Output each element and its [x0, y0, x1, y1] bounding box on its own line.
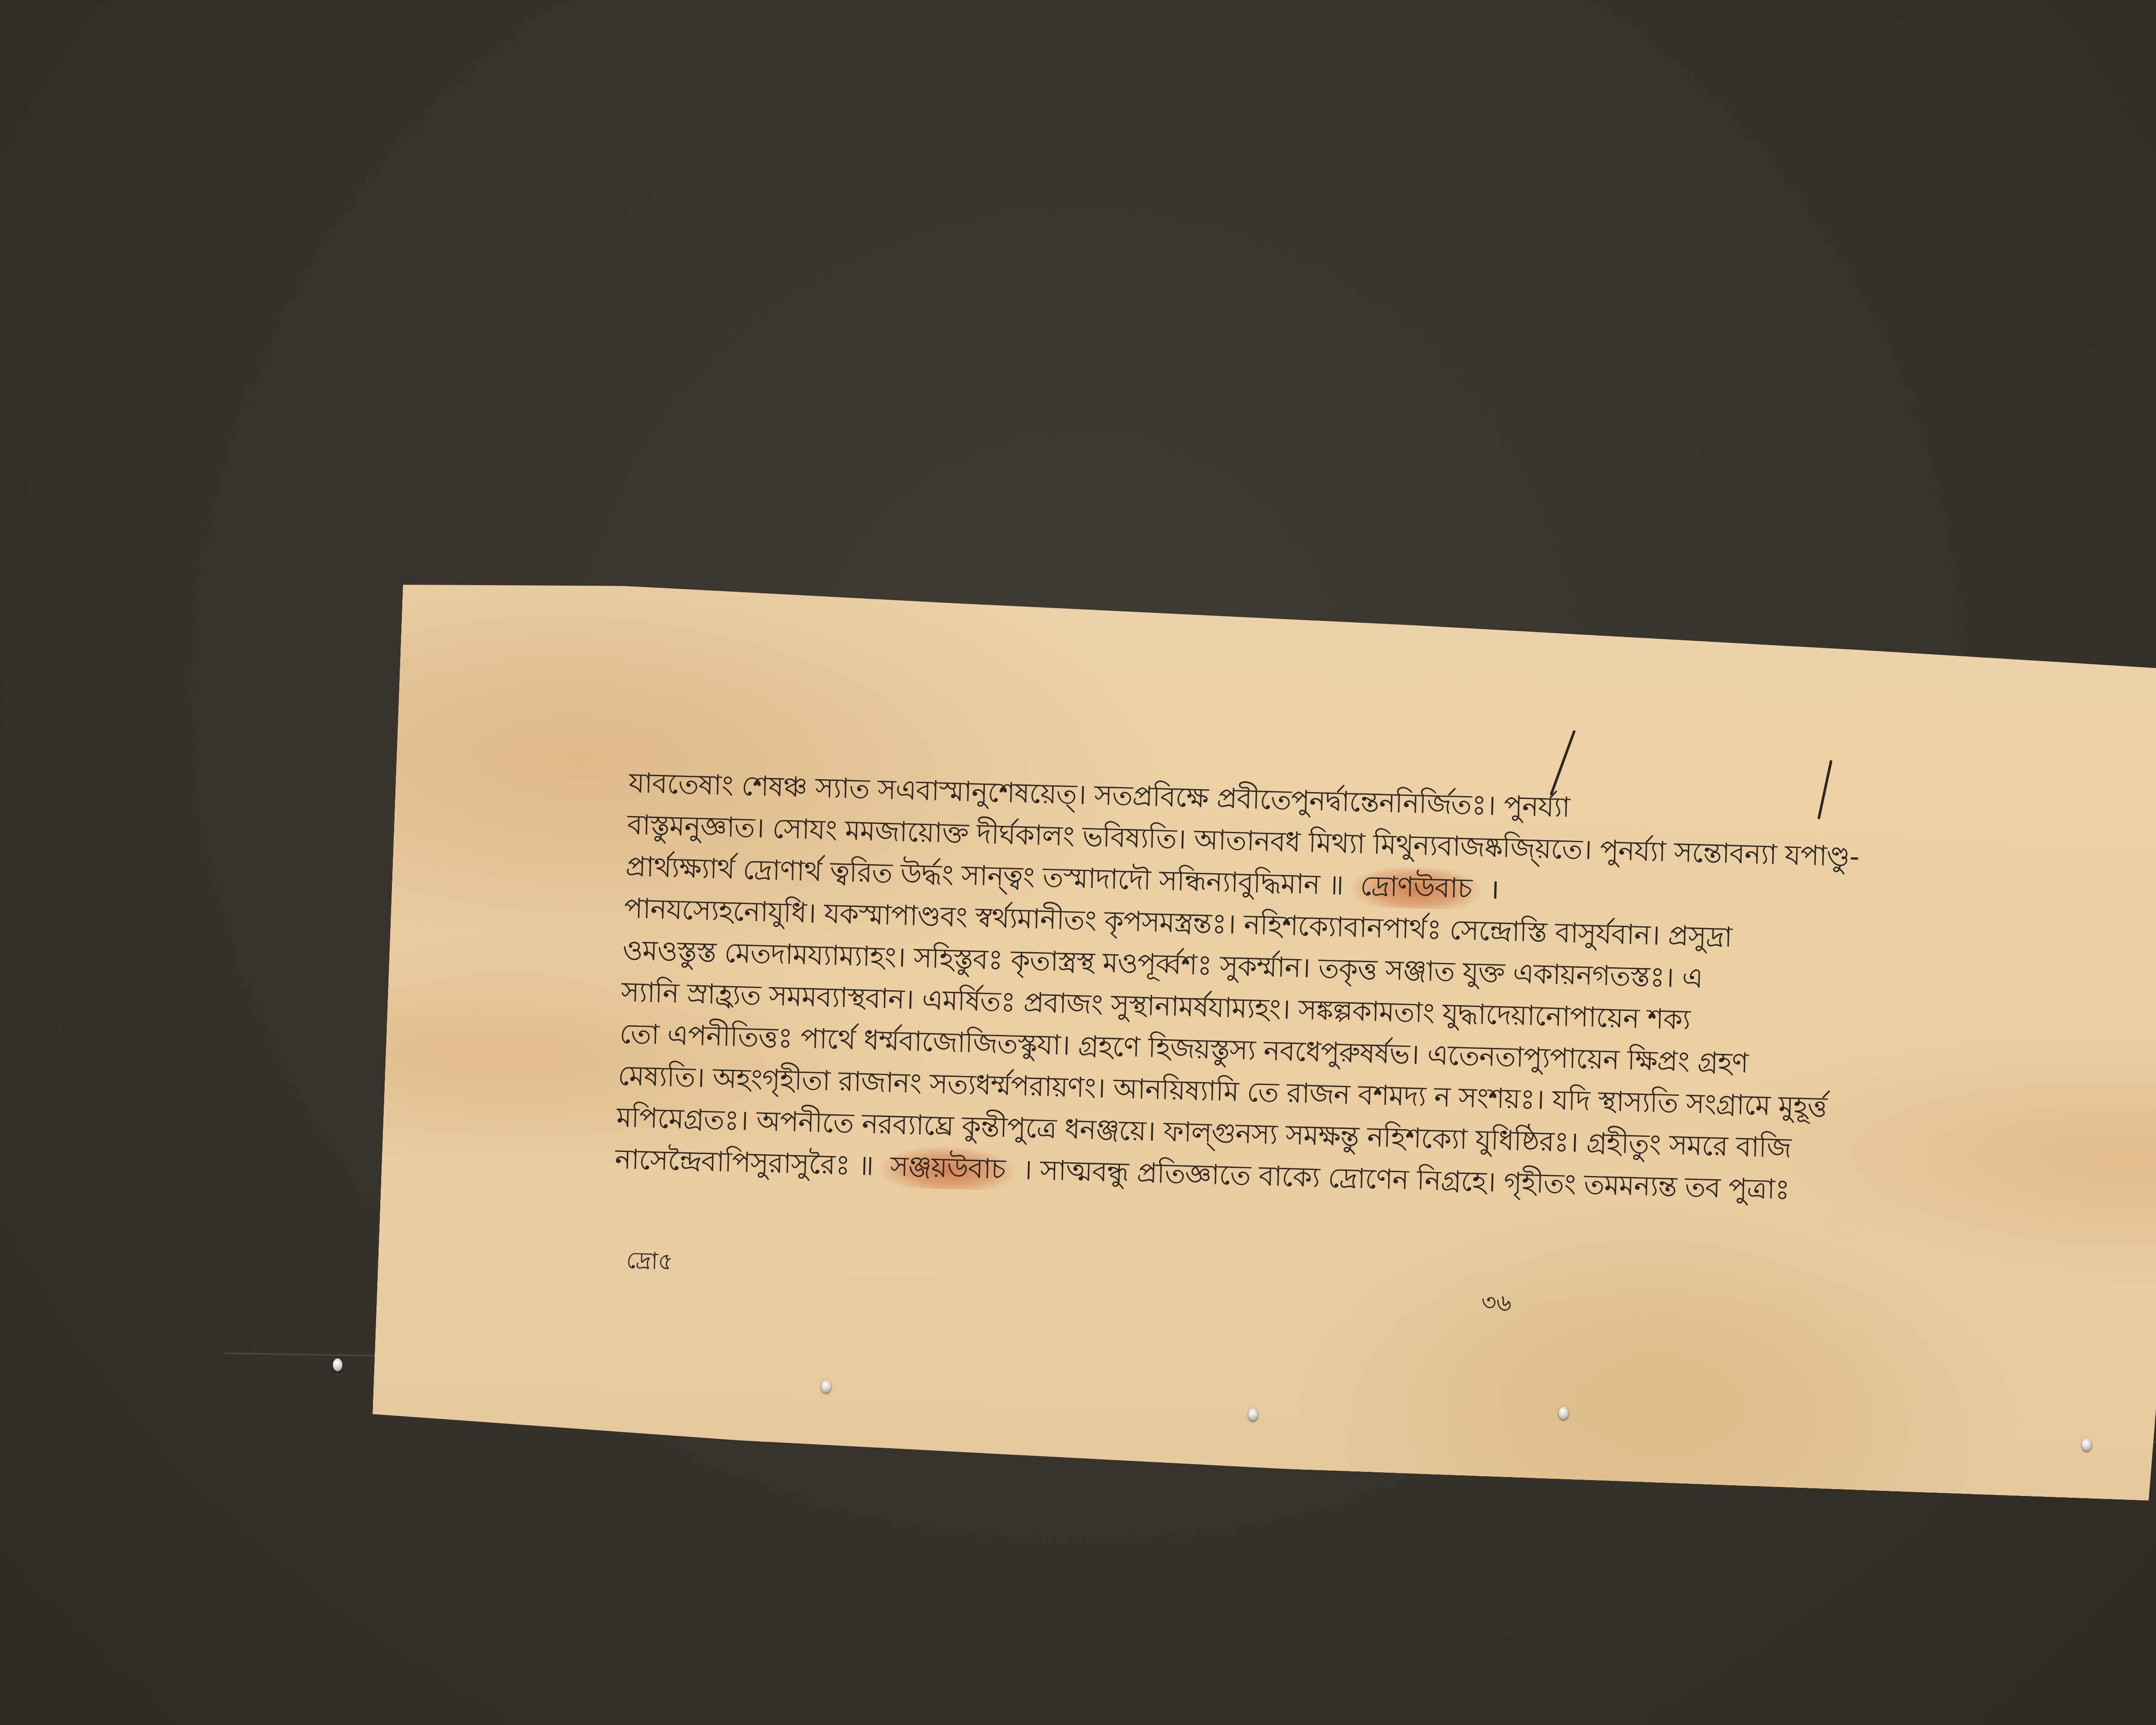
- rubric-drona-uvaca: দ্রোণউবাচ: [1351, 865, 1481, 910]
- mounting-pin: [333, 1358, 342, 1371]
- mounting-pin: [2082, 1438, 2091, 1451]
- folio-number: ৩৬: [1480, 1284, 1512, 1324]
- danda: ।: [1022, 1154, 1032, 1186]
- manuscript-line-text: নাসেন্দ্রৈবাপিসুরাসুরৈঃ ॥: [614, 1143, 874, 1182]
- mounting-pin: [1559, 1407, 1568, 1420]
- manuscript-text-block: যাবতেষাং শেষঞ্চ স্যাত সএবাস্মানুশেষয়েত্…: [614, 755, 2147, 1228]
- correction-stroke: [1550, 730, 1576, 796]
- manuscript-folio: যাবতেষাং শেষঞ্চ স্যাত সএবাস্মানুশেষয়েত্…: [372, 578, 2156, 1503]
- margin-note: দ্রো৫: [626, 1242, 674, 1283]
- danda: ।: [1489, 873, 1499, 906]
- mounting-pin: [821, 1380, 831, 1393]
- mounting-pin: [1248, 1408, 1258, 1421]
- rubric-sanjaya-uvaca: সঞ্জয়উবাচ: [881, 1146, 1015, 1191]
